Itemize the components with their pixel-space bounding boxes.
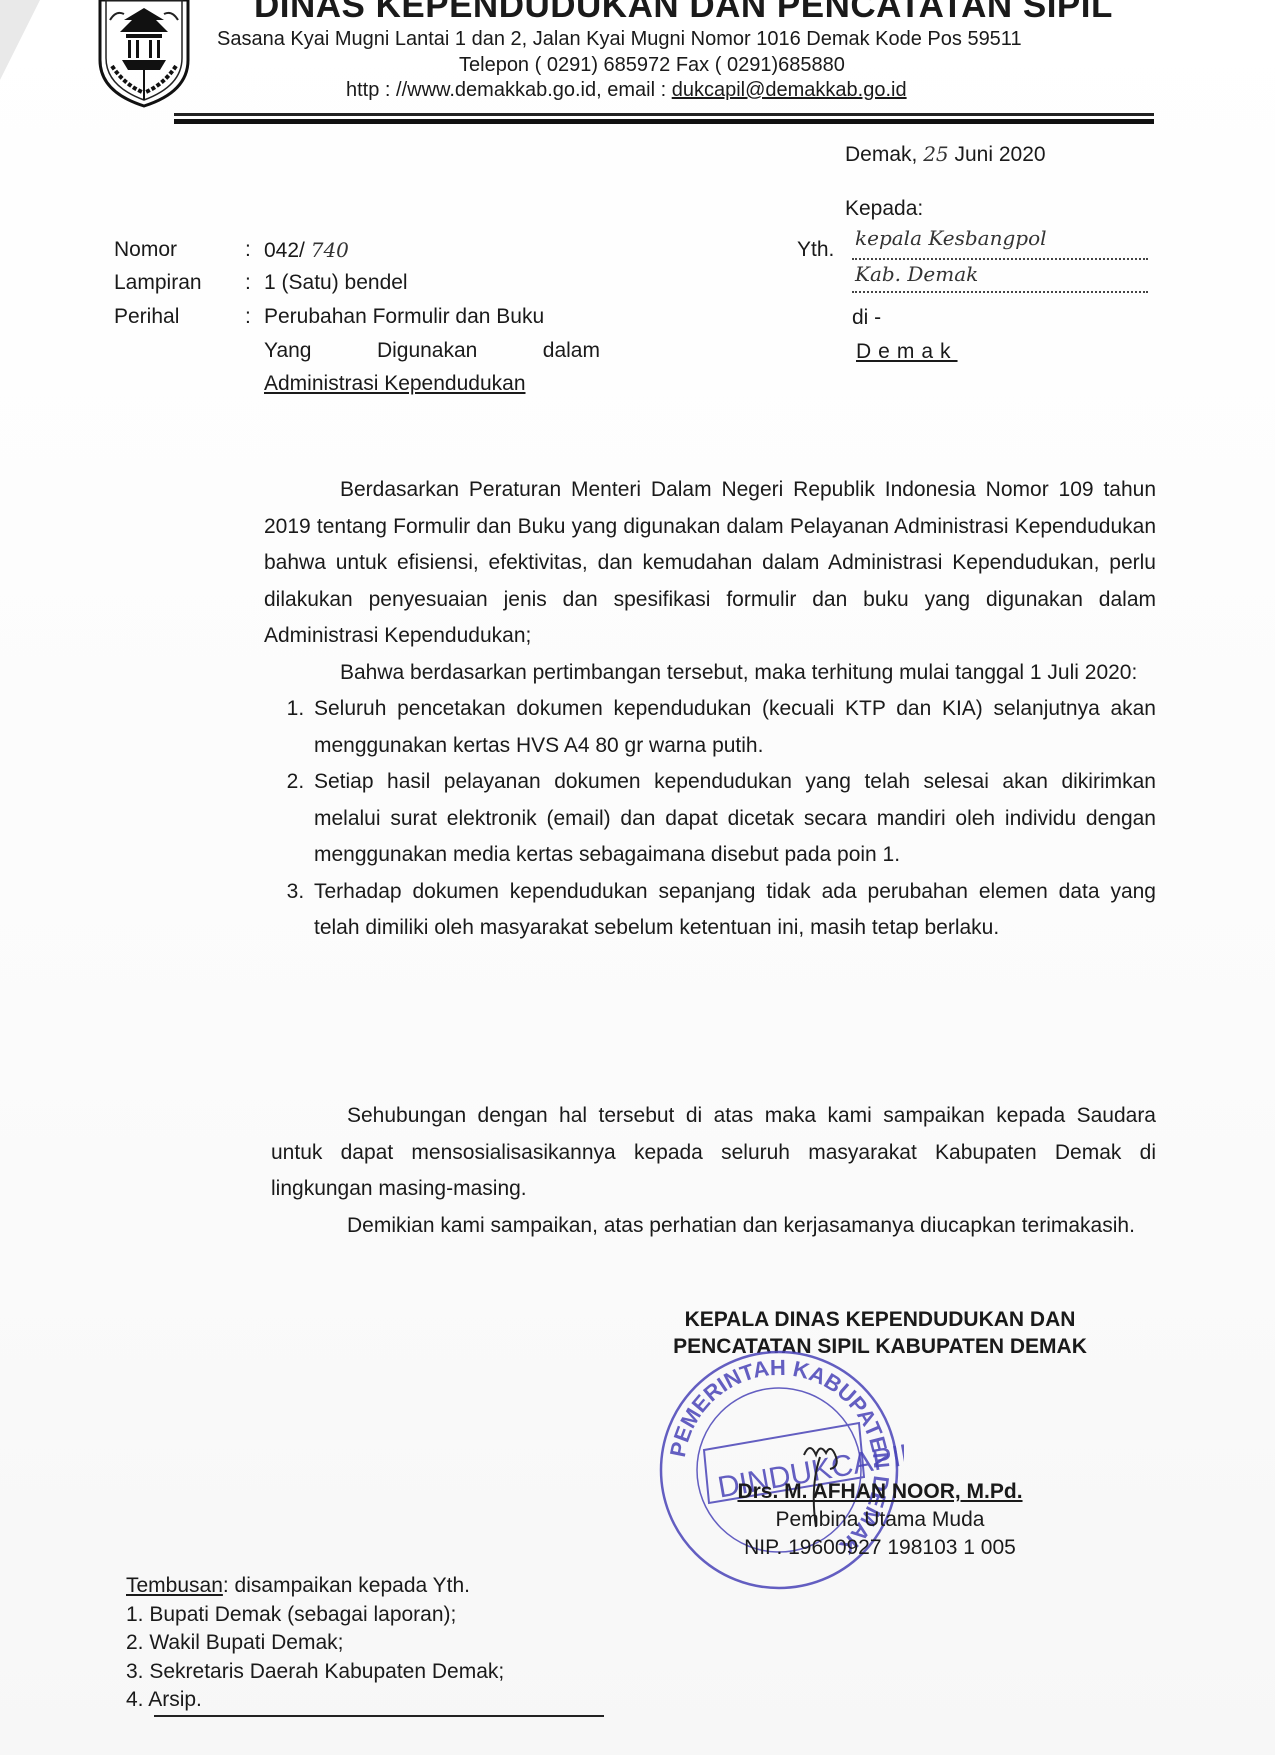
- signatory-title-line-1: KEPALA DINAS KEPENDUDUKAN DAN: [590, 1306, 1170, 1333]
- recipient-di: di -: [852, 306, 881, 330]
- body-paragraph-2: Bahwa berdasarkan pertimbangan tersebut,…: [264, 655, 1156, 692]
- folded-corner: [0, 0, 40, 80]
- nomor-handwritten: 740: [311, 238, 349, 262]
- perihal-label: Perihal: [114, 305, 179, 329]
- perihal-word: Yang: [264, 339, 312, 363]
- cc-item: 1. Bupati Demak (sebagai laporan);: [126, 1601, 504, 1630]
- nomor-prefix: 042/: [264, 239, 311, 262]
- letterhead-rule-thin: [174, 113, 1154, 116]
- nomor-label: Nomor: [114, 238, 177, 262]
- place: Demak,: [845, 143, 923, 166]
- cc-suffix: : disampaikan kepada Yth.: [223, 1574, 470, 1597]
- agency-phone: Telepon ( 0291) 685972 Fax ( 0291)685880: [459, 54, 845, 77]
- recipient-label: Kepada:: [845, 197, 923, 221]
- body-paragraph-4: Demikian kami sampaikan, atas perhatian …: [271, 1208, 1156, 1245]
- point-item: Terhadap dokumen kependudukan sepanjang …: [310, 874, 1156, 947]
- signatory-rank: Pembina Utama Muda: [590, 1508, 1170, 1532]
- signatory-name: Drs. M. AFHAN NOOR, M.Pd.: [590, 1480, 1170, 1504]
- agency-web-email: http : //www.demakkab.go.id, email : duk…: [346, 79, 907, 102]
- letter-body-closing: Sehubungan dengan hal tersebut di atas m…: [271, 1098, 1156, 1244]
- recipient-handwritten-line-2: Kab. Demak: [855, 262, 978, 286]
- month-year: Juni 2020: [949, 143, 1046, 166]
- recipient-yth: Yth.: [797, 238, 834, 262]
- body-paragraph-3: Sehubungan dengan hal tersebut di atas m…: [271, 1098, 1156, 1208]
- agency-email-link[interactable]: dukcapil@demakkab.go.id: [672, 79, 907, 101]
- handwritten-day: 25: [923, 142, 948, 166]
- perihal-colon: :: [245, 305, 251, 329]
- cc-heading: Tembusan: disampaikan kepada Yth.: [126, 1572, 504, 1601]
- recipient-city: Demak: [856, 340, 958, 364]
- regency-coat-of-arms-icon: [94, 0, 194, 108]
- letter-body: Berdasarkan Peraturan Menteri Dalam Nege…: [264, 472, 1156, 947]
- lampiran-colon: :: [245, 271, 251, 295]
- recipient-handwritten-line-1: kepala Kesbangpol: [855, 226, 1047, 250]
- cc-label: Tembusan: [126, 1574, 223, 1597]
- signatory-nip: NIP. 19600927 198103 1 005: [590, 1536, 1170, 1560]
- place-date: Demak, 25 Juni 2020: [845, 142, 1046, 167]
- cc-item: 3. Sekretaris Daerah Kabupaten Demak;: [126, 1658, 504, 1687]
- lampiran-value: 1 (Satu) bendel: [264, 271, 408, 295]
- point-item: Seluruh pencetakan dokumen kependudukan …: [310, 691, 1156, 764]
- cc-item: 2. Wakil Bupati Demak;: [126, 1629, 504, 1658]
- perihal-line-1: Perubahan Formulir dan Buku: [264, 305, 544, 329]
- cc-underline: [154, 1715, 604, 1717]
- cc-item: 4. Arsip.: [126, 1686, 504, 1715]
- point-item: Setiap hasil pelayanan dokumen kependudu…: [310, 764, 1156, 874]
- nomor-colon: :: [245, 238, 251, 262]
- perihal-line-3: Administrasi Kependudukan: [264, 372, 526, 396]
- scanned-letter-page: DINAS KEPENDUDUKAN DAN PENCATATAN SIPIL …: [0, 0, 1275, 1755]
- perihal-word: Digunakan: [377, 339, 477, 363]
- perihal-word: dalam: [543, 339, 600, 363]
- nomor-value: 042/ 740: [264, 238, 349, 263]
- lampiran-label: Lampiran: [114, 271, 202, 295]
- agency-website: http : //www.demakkab.go.id, email :: [346, 79, 672, 101]
- letterhead-rule-thick: [174, 119, 1154, 124]
- agency-name: DINAS KEPENDUDUKAN DAN PENCATATAN SIPIL: [254, 0, 1113, 26]
- cc-list: Tembusan: disampaikan kepada Yth. 1. Bup…: [126, 1572, 504, 1715]
- signatory-name-text: Drs. M. AFHAN NOOR, M.Pd.: [737, 1480, 1022, 1503]
- points-list: Seluruh pencetakan dokumen kependudukan …: [264, 691, 1156, 947]
- agency-address: Sasana Kyai Mugni Lantai 1 dan 2, Jalan …: [217, 28, 1022, 51]
- perihal-line-2: Yang Digunakan dalam: [264, 339, 600, 363]
- body-paragraph-1: Berdasarkan Peraturan Menteri Dalam Nege…: [264, 472, 1156, 655]
